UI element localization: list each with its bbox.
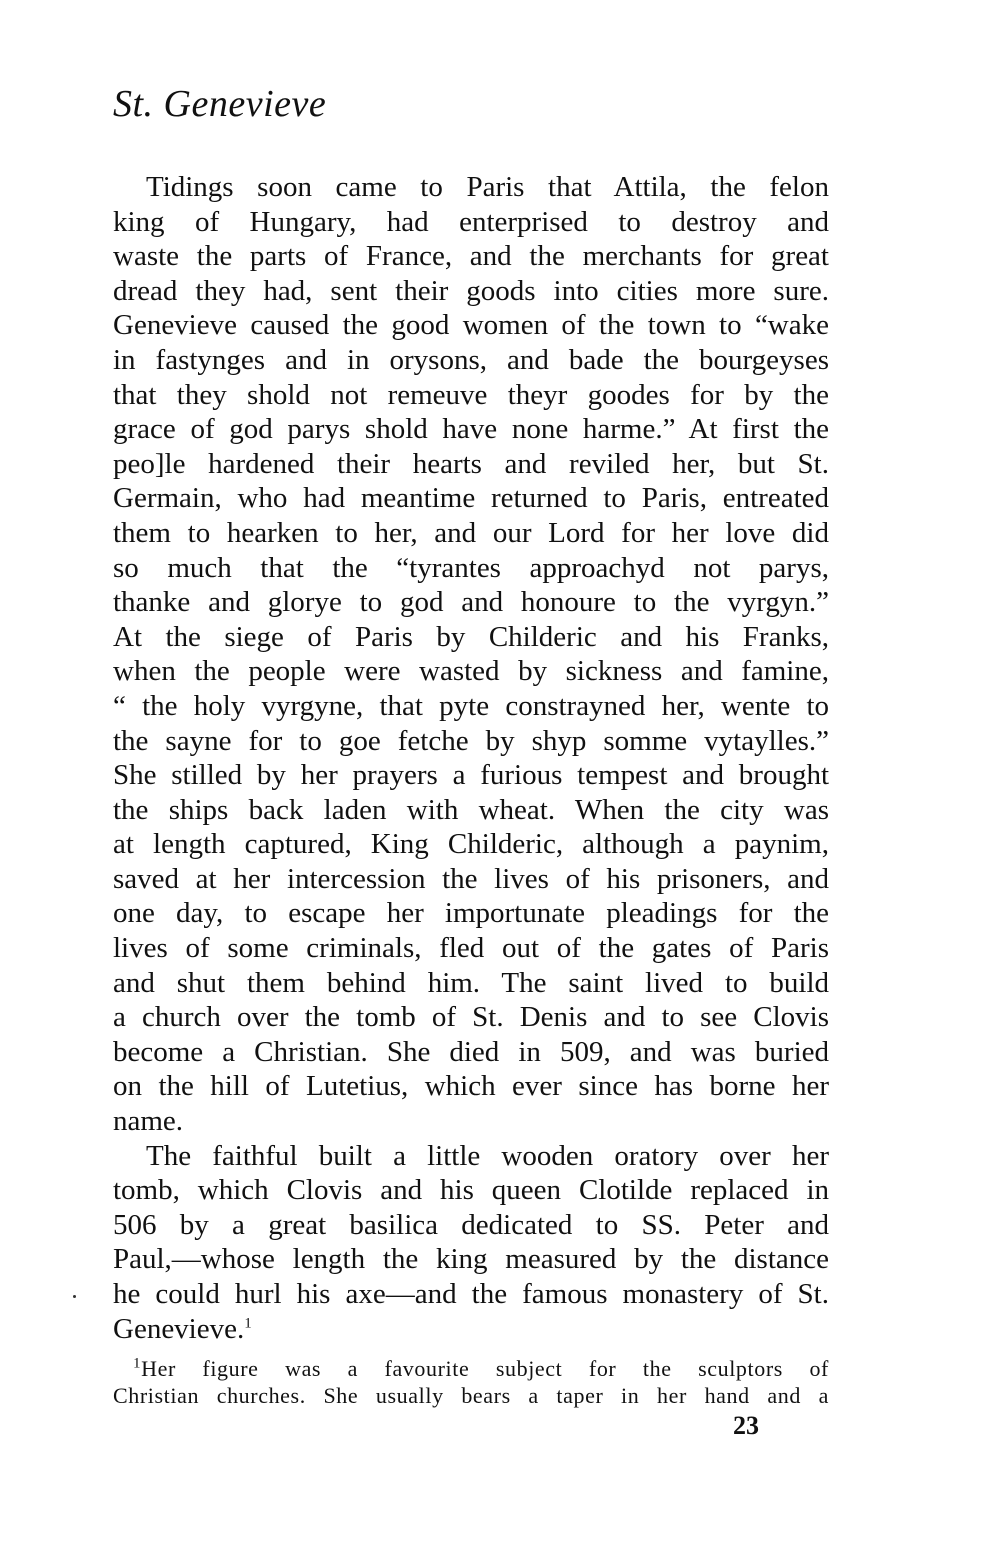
text-line: one day, to escape her importunate plead… bbox=[113, 896, 829, 931]
book-page: St. Genevieve Tidings soon came to Paris… bbox=[0, 0, 1000, 1549]
text-line: The faithful built a little wooden orato… bbox=[113, 1139, 829, 1174]
text-line: tomb, which Clovis and his queen Clotild… bbox=[113, 1173, 829, 1208]
text-line: he could hurl his axe—and the famous mon… bbox=[113, 1277, 829, 1312]
text-line: the ships back laden with wheat. When th… bbox=[113, 793, 829, 828]
footnote-marker: 1 bbox=[133, 1356, 141, 1372]
text-line: the sayne for to goe fetche by shyp somm… bbox=[113, 724, 829, 759]
footnote-line: 1Her figure was a favourite subject for … bbox=[113, 1355, 829, 1382]
text-line: and shut them behind him. The saint live… bbox=[113, 966, 829, 1001]
running-head: St. Genevieve bbox=[113, 82, 326, 126]
text-line: 506 by a great basilica dedicated to SS.… bbox=[113, 1208, 829, 1243]
footnotes: 1Her figure was a favourite subject for … bbox=[113, 1355, 829, 1409]
text-line: name. bbox=[113, 1104, 829, 1139]
text-line: Genevieve caused the good women of the t… bbox=[113, 308, 829, 343]
text-line: thanke and glorye to god and honoure to … bbox=[113, 585, 829, 620]
text-line: lives of some criminals, fled out of the… bbox=[113, 931, 829, 966]
text-line: grace of god parys shold have none harme… bbox=[113, 412, 829, 447]
text-line: dread they had, sent their goods into ci… bbox=[113, 274, 829, 309]
text-line: them to hearken to her, and our Lord for… bbox=[113, 516, 829, 551]
text-line: at length captured, King Childeric, alth… bbox=[113, 827, 829, 862]
footnote-line: Christian churches. She usually bears a … bbox=[113, 1382, 829, 1409]
text-line: peo]le hardened their hearts and reviled… bbox=[113, 447, 829, 482]
text-line: Tidings soon came to Paris that Attila, … bbox=[113, 170, 829, 205]
page-number: 23 bbox=[733, 1411, 759, 1441]
text-line: that they shold not remeuve theyr goodes… bbox=[113, 378, 829, 413]
text-line: Genevieve. bbox=[113, 1313, 244, 1345]
text-line-with-footnote: Genevieve.1 bbox=[113, 1312, 829, 1347]
text-line: a church over the tomb of St. Denis and … bbox=[113, 1000, 829, 1035]
text-line: “ the holy vyrgyne, that pyte constrayne… bbox=[113, 689, 829, 724]
text-line: in fastynges and in orysons, and bade th… bbox=[113, 343, 829, 378]
text-line: when the people were wasted by sickness … bbox=[113, 654, 829, 689]
text-line: so much that the “tyrantes approachyd no… bbox=[113, 551, 829, 586]
text-line: She stilled by her prayers a furious tem… bbox=[113, 758, 829, 793]
footnote-text: Her figure was a favourite subject for t… bbox=[141, 1356, 829, 1381]
text-line: become a Christian. She died in 509, and… bbox=[113, 1035, 829, 1070]
text-line: Paul,—whose length the king measured by … bbox=[113, 1242, 829, 1277]
body-text: Tidings soon came to Paris that Attila, … bbox=[113, 170, 829, 1346]
text-line: At the siege of Paris by Childeric and h… bbox=[113, 620, 829, 655]
margin-mark bbox=[73, 1295, 76, 1298]
footnote-reference[interactable]: 1 bbox=[244, 1315, 252, 1331]
text-line: on the hill of Lutetius, which ever sinc… bbox=[113, 1069, 829, 1104]
text-line: Germain, who had meantime returned to Pa… bbox=[113, 481, 829, 516]
text-line: saved at her intercession the lives of h… bbox=[113, 862, 829, 897]
text-line: king of Hungary, had enterprised to dest… bbox=[113, 205, 829, 240]
text-line: waste the parts of France, and the merch… bbox=[113, 239, 829, 274]
